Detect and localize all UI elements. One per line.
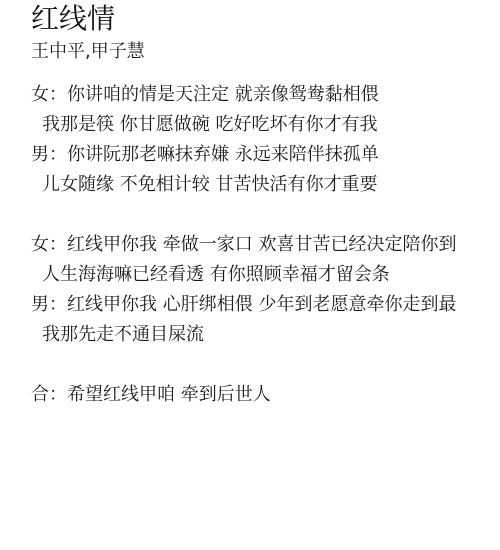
- stanza-break: [31, 350, 500, 380]
- lyric-line: 男：你讲阮那老嘛抹弃嫌 永远来陪伴抹孤单: [31, 140, 500, 170]
- lyric-line: 女：红线甲你我 牵做一家口 欢喜甘苦已经决定陪你到: [31, 230, 500, 260]
- lyrics-body: 女：你讲咱的情是天注定 就亲像鸳鸯黏相偎 我那是筷 你甘愿做碗 吃好吃坏有你才有…: [31, 80, 500, 410]
- lyric-line: 人生海海嘛已经看透 有你照顾幸福才留会条: [31, 260, 500, 290]
- song-artist: 王中平,甲子慧: [31, 40, 145, 64]
- song-title: 红线情: [31, 2, 115, 36]
- lyric-line: 儿女随缘 不免相计较 甘苦快活有你才重要: [31, 170, 500, 200]
- lyric-line: 女：你讲咱的情是天注定 就亲像鸳鸯黏相偎: [31, 80, 500, 110]
- stanza-break: [31, 200, 500, 230]
- lyric-line: 合：希望红线甲咱 牵到后世人: [31, 380, 500, 410]
- lyric-line: 我那先走不通目屎流: [31, 320, 500, 350]
- lyric-line: 男：红线甲你我 心肝绑相偎 少年到老愿意牵你走到最: [31, 290, 500, 320]
- lyric-line: 我那是筷 你甘愿做碗 吃好吃坏有你才有我: [31, 110, 500, 140]
